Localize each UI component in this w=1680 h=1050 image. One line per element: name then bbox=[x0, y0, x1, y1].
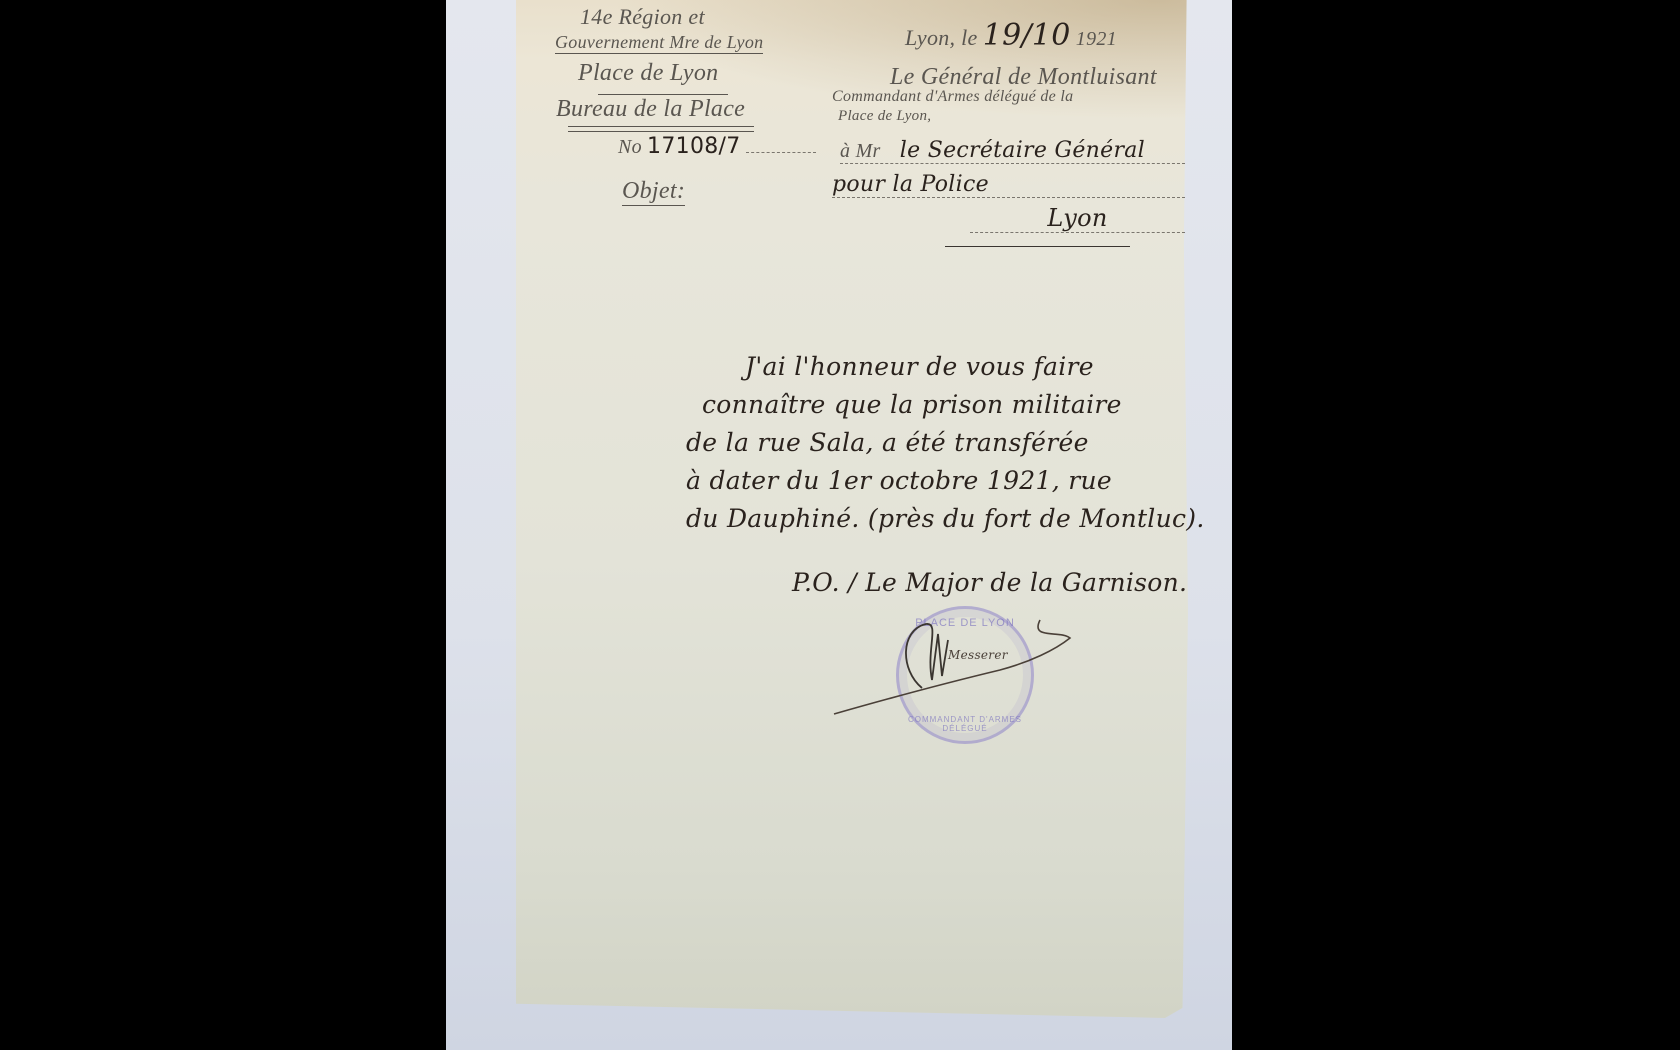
body-line: de la rue Sala, a été transférée bbox=[686, 428, 1089, 457]
dateline: Lyon, le 19/10 1921 bbox=[905, 18, 1117, 53]
sender-line-3: Place de Lyon, bbox=[838, 108, 931, 125]
recipient-prefix: à Mr bbox=[840, 140, 881, 162]
number-value: 17108/7 bbox=[647, 134, 741, 159]
signature-flourish-icon bbox=[830, 610, 1080, 720]
letterhead-region: 14e Région et bbox=[580, 4, 705, 30]
object-label: Objet: bbox=[622, 178, 685, 206]
letterhead-place: Place de Lyon bbox=[578, 60, 718, 87]
sender-line-2: Commandant d'Armes délégué de la bbox=[832, 88, 1073, 106]
recipient-city: Lyon bbox=[1047, 204, 1107, 232]
divider bbox=[568, 126, 754, 127]
recipient-line-1: à Mr le Secrétaire Général bbox=[840, 138, 1185, 164]
body-line: connaître que la prison militaire bbox=[702, 390, 1122, 419]
dateline-day-month: 19/10 bbox=[983, 18, 1071, 53]
body-line: du Dauphiné. (près du fort de Montluc). bbox=[686, 504, 1205, 533]
divider bbox=[568, 131, 754, 132]
signature-name: Messerer bbox=[948, 648, 1008, 662]
recipient-title: le Secrétaire Général bbox=[900, 138, 1145, 163]
recipient-line-3: Lyon bbox=[970, 204, 1185, 233]
closing-line: P.O. / Le Major de la Garnison. bbox=[792, 568, 1187, 597]
recipient-department: pour la Police bbox=[832, 172, 989, 197]
signature: Messerer bbox=[830, 610, 1080, 720]
reference-number: No 17108/7 bbox=[618, 134, 816, 159]
body-line: à dater du 1er octobre 1921, rue bbox=[686, 466, 1112, 495]
sender-line-1: Le Général de Montluisant bbox=[890, 64, 1157, 91]
divider bbox=[598, 94, 728, 95]
letterhead-government: Gouvernement Mre de Lyon bbox=[555, 32, 763, 54]
number-label: No bbox=[618, 136, 642, 158]
flourish-line bbox=[945, 246, 1130, 247]
dateline-year: 1921 bbox=[1076, 28, 1117, 50]
recipient-line-2: pour la Police bbox=[832, 172, 1185, 198]
letterhead-bureau: Bureau de la Place bbox=[556, 96, 745, 123]
body-line: J'ai l'honneur de vous faire bbox=[745, 352, 1094, 381]
dateline-prefix: Lyon, le bbox=[905, 25, 978, 50]
